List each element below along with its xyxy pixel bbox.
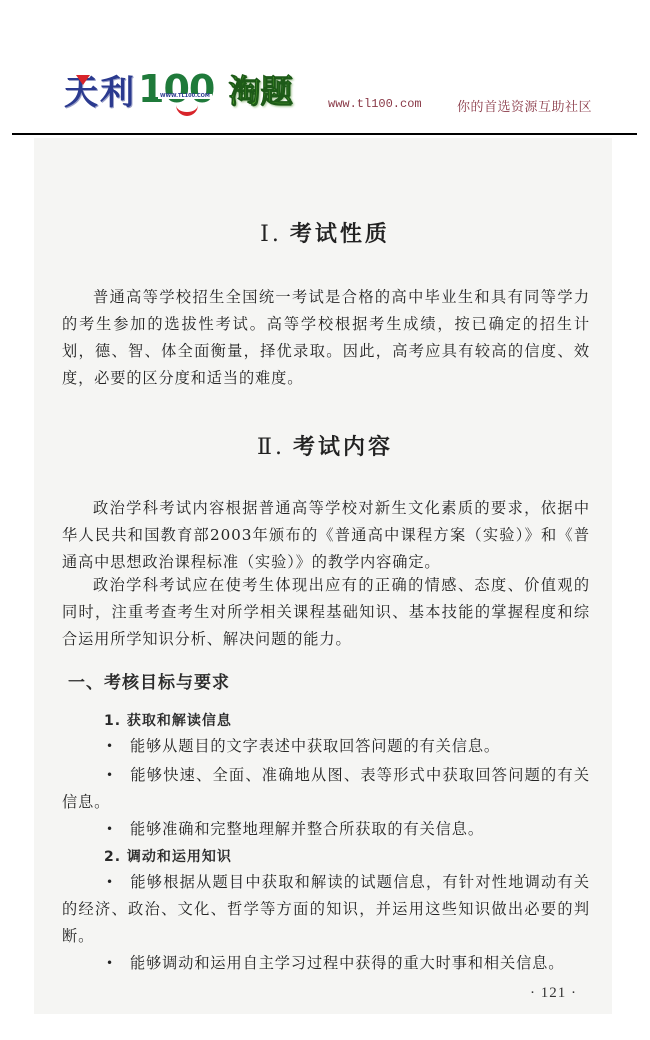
paragraph-content-basis: 政治学科考试内容根据普通高等学校对新生文化素质的要求，依据中华人民共和国教育部2… xyxy=(62,495,590,576)
logo-tianli-text: 天利 xyxy=(64,65,136,114)
section-roman-numeral: Ⅱ. xyxy=(257,435,285,460)
item-heading-use-knowledge: 2. 调动和运用知识 xyxy=(104,846,232,866)
page-number: · 121 · xyxy=(530,985,577,1002)
bullet-icon: • xyxy=(106,950,130,977)
header-divider xyxy=(12,133,637,135)
bullet-item: •能够准确和完整地理解并整合所获取的有关信息。 xyxy=(62,816,590,843)
section-title-text: 考试性质 xyxy=(290,221,390,247)
paragraph-exam-nature: 普通高等学校招生全国统一考试是合格的高中毕业生和具有同等学力的考生参加的选拔性考… xyxy=(62,284,590,392)
subsection-heading-objectives: 一、考核目标与要求 xyxy=(68,668,230,693)
bullet-text: 能够调动和运用自主学习过程中获得的重大时事和相关信息。 xyxy=(130,954,564,972)
section-title-text: 考试内容 xyxy=(293,434,393,460)
logo-tianli-label: 天利 xyxy=(64,73,136,113)
bullet-text: 能够准确和完整地理解并整合所获取的有关信息。 xyxy=(130,820,484,838)
site-url-link[interactable]: www.tl100.com xyxy=(328,97,422,111)
bullet-icon: • xyxy=(106,816,130,843)
section-title-nature: Ⅰ.考试性质 xyxy=(0,217,650,248)
bullet-icon: • xyxy=(106,733,130,760)
logo-100-text: 100 WWW.TL100.COM xyxy=(138,70,214,108)
bullet-item: •能够根据从题目中获取和解读的试题信息，有针对性地调动有关的经济、政治、文化、哲… xyxy=(62,869,590,950)
bullet-item: •能够快速、全面、准确地从图、表等形式中获取回答问题的有关信息。 xyxy=(62,762,590,816)
item-heading-obtain-info: 1. 获取和解读信息 xyxy=(104,710,232,730)
logo-taoti-text: 淘题 xyxy=(228,66,292,112)
logo-smile-icon xyxy=(176,102,198,116)
site-header: 天利 100 WWW.TL100.COM 淘题 www.tl100.com 你的… xyxy=(0,0,650,136)
site-logo[interactable]: 天利 100 WWW.TL100.COM 淘题 xyxy=(64,64,292,114)
section-roman-numeral: Ⅰ. xyxy=(260,222,282,247)
bullet-item: •能够从题目的文字表述中获取回答问题的有关信息。 xyxy=(62,733,590,760)
logo-www-label: WWW.TL100.COM xyxy=(158,94,212,99)
section-title-content: Ⅱ.考试内容 xyxy=(0,430,650,461)
paragraph-content-goals: 政治学科考试应在使考生体现出应有的正确的情感、态度、价值观的同时，注重考查考生对… xyxy=(62,572,590,653)
site-slogan: 你的首选资源互助社区 xyxy=(457,96,592,115)
bullet-icon: • xyxy=(106,762,130,789)
bullet-text: 能够从题目的文字表述中获取回答问题的有关信息。 xyxy=(130,737,500,755)
bullet-item: •能够调动和运用自主学习过程中获得的重大时事和相关信息。 xyxy=(62,950,590,977)
logo-red-triangle-icon xyxy=(76,75,90,85)
bullet-text: 能够快速、全面、准确地从图、表等形式中获取回答问题的有关信息。 xyxy=(62,766,590,811)
bullet-icon: • xyxy=(106,869,130,896)
bullet-text: 能够根据从题目中获取和解读的试题信息，有针对性地调动有关的经济、政治、文化、哲学… xyxy=(62,873,590,945)
